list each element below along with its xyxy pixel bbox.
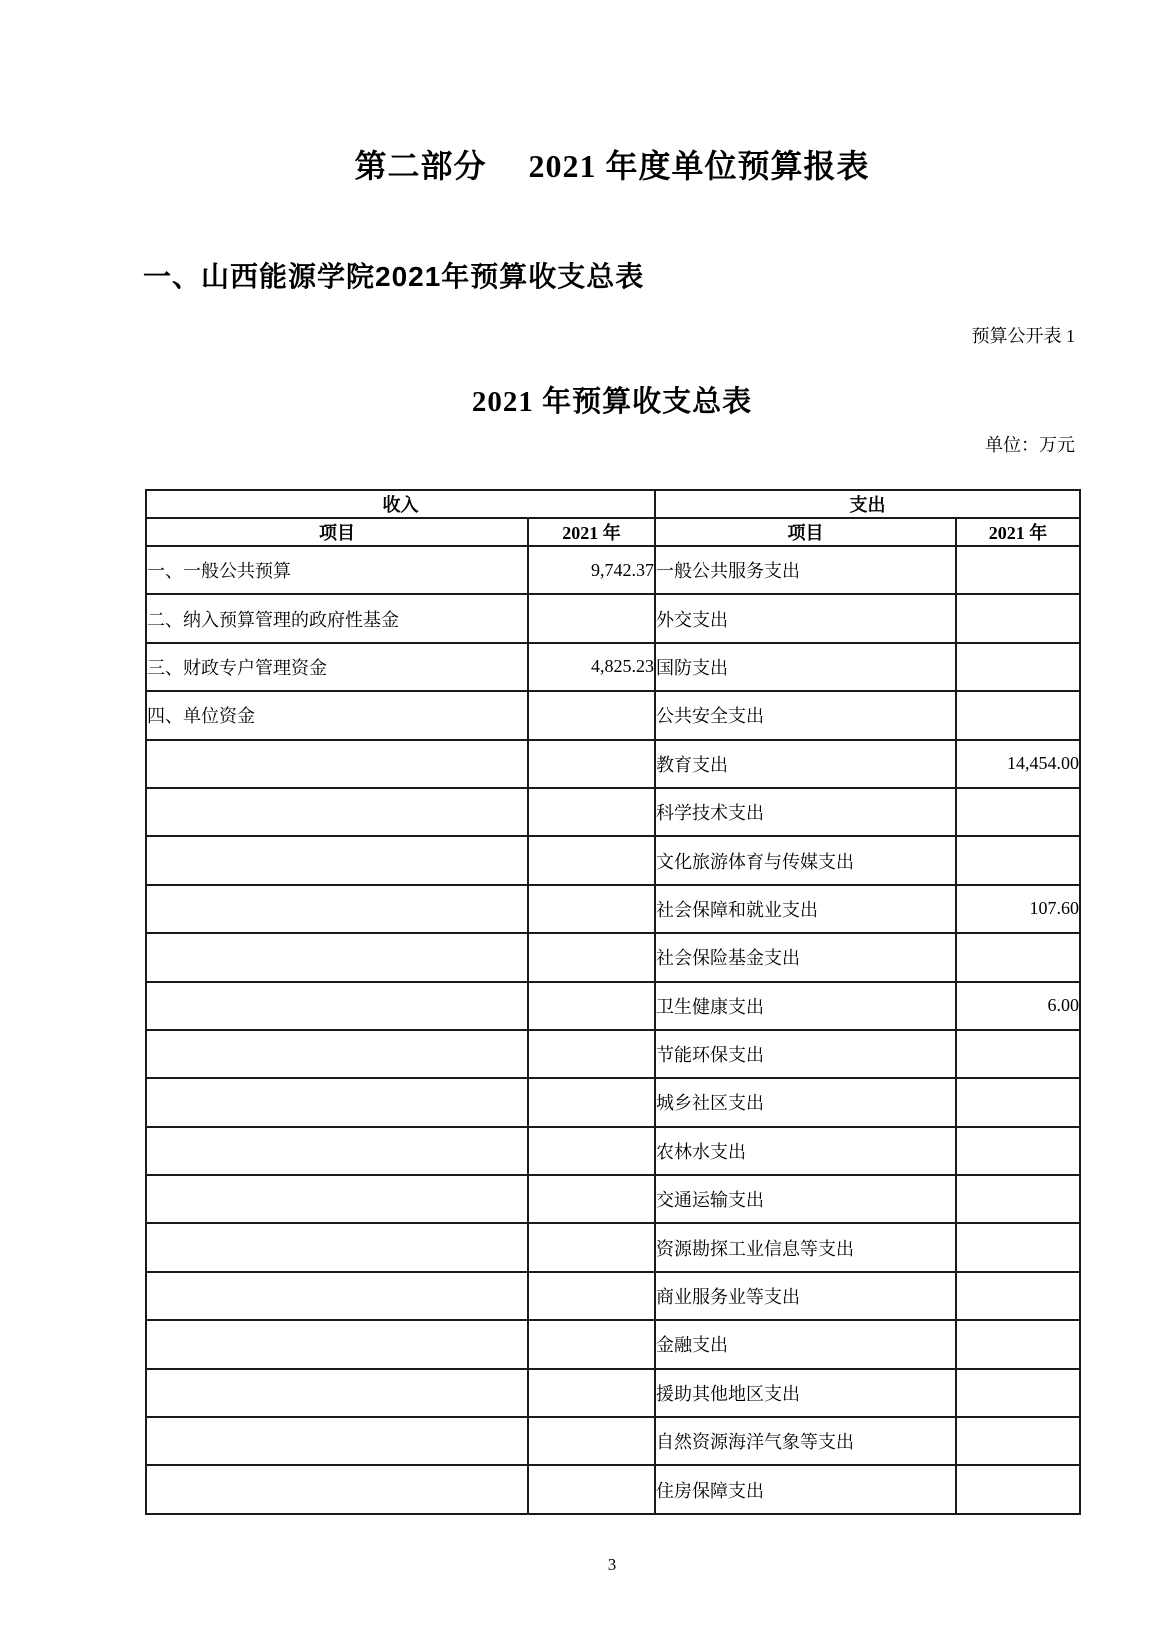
expense-value-cell: 14,454.00 bbox=[956, 740, 1080, 788]
expense-value-cell bbox=[956, 594, 1080, 642]
table-row: 二、纳入预算管理的政府性基金 外交支出 bbox=[146, 594, 1080, 642]
income-value-cell bbox=[528, 982, 655, 1030]
expense-value-cell bbox=[956, 643, 1080, 691]
table-row: 援助其他地区支出 bbox=[146, 1369, 1080, 1417]
table-row: 三、财政专户管理资金 4,825.23 国防支出 bbox=[146, 643, 1080, 691]
income-item-cell bbox=[146, 1417, 528, 1465]
expense-item-cell: 援助其他地区支出 bbox=[655, 1369, 956, 1417]
expense-value-cell: 107.60 bbox=[956, 885, 1080, 933]
expense-item-cell: 自然资源海洋气象等支出 bbox=[655, 1417, 956, 1465]
income-value-cell bbox=[528, 691, 655, 739]
expense-value-cell bbox=[956, 788, 1080, 836]
income-item-cell bbox=[146, 1030, 528, 1078]
expense-item-cell: 节能环保支出 bbox=[655, 1030, 956, 1078]
income-value-cell bbox=[528, 788, 655, 836]
income-value-cell bbox=[528, 1078, 655, 1126]
table-label: 预算公开表 1 bbox=[145, 322, 1075, 348]
table-group-header-row: 收入 支出 bbox=[146, 490, 1080, 518]
expense-item-cell: 科学技术支出 bbox=[655, 788, 956, 836]
income-item-cell bbox=[146, 836, 528, 884]
page-number: 3 bbox=[145, 1555, 1079, 1575]
expense-value-cell bbox=[956, 836, 1080, 884]
income-item-cell: 二、纳入预算管理的政府性基金 bbox=[146, 594, 528, 642]
table-row: 一、一般公共预算 9,742.37 一般公共服务支出 bbox=[146, 546, 1080, 594]
income-item-cell bbox=[146, 1223, 528, 1271]
expense-value-cell bbox=[956, 1272, 1080, 1320]
table-row: 金融支出 bbox=[146, 1320, 1080, 1368]
table-title: 2021 年预算收支总表 bbox=[145, 379, 1079, 420]
expense-item-cell: 公共安全支出 bbox=[655, 691, 956, 739]
table-row: 住房保障支出 bbox=[146, 1465, 1080, 1514]
table-row: 资源勘探工业信息等支出 bbox=[146, 1223, 1080, 1271]
table-row: 自然资源海洋气象等支出 bbox=[146, 1417, 1080, 1465]
income-value-cell bbox=[528, 885, 655, 933]
income-item-cell bbox=[146, 1465, 528, 1514]
income-value-cell bbox=[528, 1127, 655, 1175]
budget-summary-table: 收入 支出 项目 2021 年 项目 2021 年 一、一般公共预算 9,742… bbox=[145, 489, 1081, 1515]
income-item-cell bbox=[146, 740, 528, 788]
expense-item-cell: 外交支出 bbox=[655, 594, 956, 642]
expense-value-cell bbox=[956, 691, 1080, 739]
table-row: 教育支出 14,454.00 bbox=[146, 740, 1080, 788]
table-row: 农林水支出 bbox=[146, 1127, 1080, 1175]
income-value-cell bbox=[528, 1369, 655, 1417]
table-row: 节能环保支出 bbox=[146, 1030, 1080, 1078]
income-group-header: 收入 bbox=[146, 490, 655, 518]
expense-year-column-header: 2021 年 bbox=[956, 518, 1080, 546]
income-value-cell bbox=[528, 740, 655, 788]
income-item-cell bbox=[146, 1369, 528, 1417]
expense-item-cell: 社会保障和就业支出 bbox=[655, 885, 956, 933]
expense-item-column-header: 项目 bbox=[655, 518, 956, 546]
income-item-cell bbox=[146, 933, 528, 981]
expense-group-header: 支出 bbox=[655, 490, 1080, 518]
income-item-cell: 一、一般公共预算 bbox=[146, 546, 528, 594]
expense-item-cell: 教育支出 bbox=[655, 740, 956, 788]
table-row: 文化旅游体育与传媒支出 bbox=[146, 836, 1080, 884]
table-row: 社会保障和就业支出 107.60 bbox=[146, 885, 1080, 933]
expense-item-cell: 住房保障支出 bbox=[655, 1465, 956, 1514]
document-page: 第二部分 2021 年度单位预算报表 一、山西能源学院2021年预算收支总表 预… bbox=[0, 0, 1170, 1643]
income-item-cell bbox=[146, 1175, 528, 1223]
expense-value-cell bbox=[956, 1369, 1080, 1417]
expense-value-cell bbox=[956, 546, 1080, 594]
income-value-cell bbox=[528, 1272, 655, 1320]
expense-item-cell: 文化旅游体育与传媒支出 bbox=[655, 836, 956, 884]
expense-value-cell bbox=[956, 1465, 1080, 1514]
expense-value-cell bbox=[956, 1078, 1080, 1126]
expense-value-cell bbox=[956, 1175, 1080, 1223]
income-item-cell bbox=[146, 1127, 528, 1175]
income-value-cell bbox=[528, 836, 655, 884]
income-value-cell bbox=[528, 1175, 655, 1223]
table-row: 卫生健康支出 6.00 bbox=[146, 982, 1080, 1030]
income-item-column-header: 项目 bbox=[146, 518, 528, 546]
income-value-cell: 4,825.23 bbox=[528, 643, 655, 691]
income-year-column-header: 2021 年 bbox=[528, 518, 655, 546]
income-value-cell bbox=[528, 1320, 655, 1368]
expense-value-cell bbox=[956, 933, 1080, 981]
income-item-cell bbox=[146, 1272, 528, 1320]
table-row: 四、单位资金 公共安全支出 bbox=[146, 691, 1080, 739]
income-value-cell bbox=[528, 594, 655, 642]
expense-item-cell: 城乡社区支出 bbox=[655, 1078, 956, 1126]
table-row: 社会保险基金支出 bbox=[146, 933, 1080, 981]
expense-value-cell bbox=[956, 1030, 1080, 1078]
budget-table-body: 一、一般公共预算 9,742.37 一般公共服务支出 二、纳入预算管理的政府性基… bbox=[146, 546, 1080, 1514]
expense-item-cell: 农林水支出 bbox=[655, 1127, 956, 1175]
expense-item-cell: 商业服务业等支出 bbox=[655, 1272, 956, 1320]
expense-item-cell: 金融支出 bbox=[655, 1320, 956, 1368]
income-value-cell bbox=[528, 933, 655, 981]
income-item-cell: 四、单位资金 bbox=[146, 691, 528, 739]
income-item-cell bbox=[146, 885, 528, 933]
expense-value-cell bbox=[956, 1127, 1080, 1175]
expense-value-cell bbox=[956, 1417, 1080, 1465]
expense-item-cell: 国防支出 bbox=[655, 643, 956, 691]
expense-value-cell bbox=[956, 1223, 1080, 1271]
income-value-cell bbox=[528, 1223, 655, 1271]
expense-item-cell: 卫生健康支出 bbox=[655, 982, 956, 1030]
table-column-header-row: 项目 2021 年 项目 2021 年 bbox=[146, 518, 1080, 546]
expense-item-cell: 资源勘探工业信息等支出 bbox=[655, 1223, 956, 1271]
income-item-cell bbox=[146, 982, 528, 1030]
table-row: 城乡社区支出 bbox=[146, 1078, 1080, 1126]
expense-item-cell: 交通运输支出 bbox=[655, 1175, 956, 1223]
expense-value-cell bbox=[956, 1320, 1080, 1368]
income-item-cell bbox=[146, 1320, 528, 1368]
table-row: 科学技术支出 bbox=[146, 788, 1080, 836]
unit-note: 单位：万元 bbox=[145, 431, 1075, 457]
income-item-cell bbox=[146, 788, 528, 836]
table-row: 商业服务业等支出 bbox=[146, 1272, 1080, 1320]
table-row: 交通运输支出 bbox=[146, 1175, 1080, 1223]
expense-item-cell: 社会保险基金支出 bbox=[655, 933, 956, 981]
income-value-cell bbox=[528, 1030, 655, 1078]
income-value-cell bbox=[528, 1465, 655, 1514]
income-item-cell bbox=[146, 1078, 528, 1126]
main-title: 第二部分 2021 年度单位预算报表 bbox=[145, 141, 1079, 187]
expense-value-cell: 6.00 bbox=[956, 982, 1080, 1030]
expense-item-cell: 一般公共服务支出 bbox=[655, 546, 956, 594]
income-item-cell: 三、财政专户管理资金 bbox=[146, 643, 528, 691]
income-value-cell bbox=[528, 1417, 655, 1465]
income-value-cell: 9,742.37 bbox=[528, 546, 655, 594]
section-heading: 一、山西能源学院2021年预算收支总表 bbox=[143, 255, 644, 295]
